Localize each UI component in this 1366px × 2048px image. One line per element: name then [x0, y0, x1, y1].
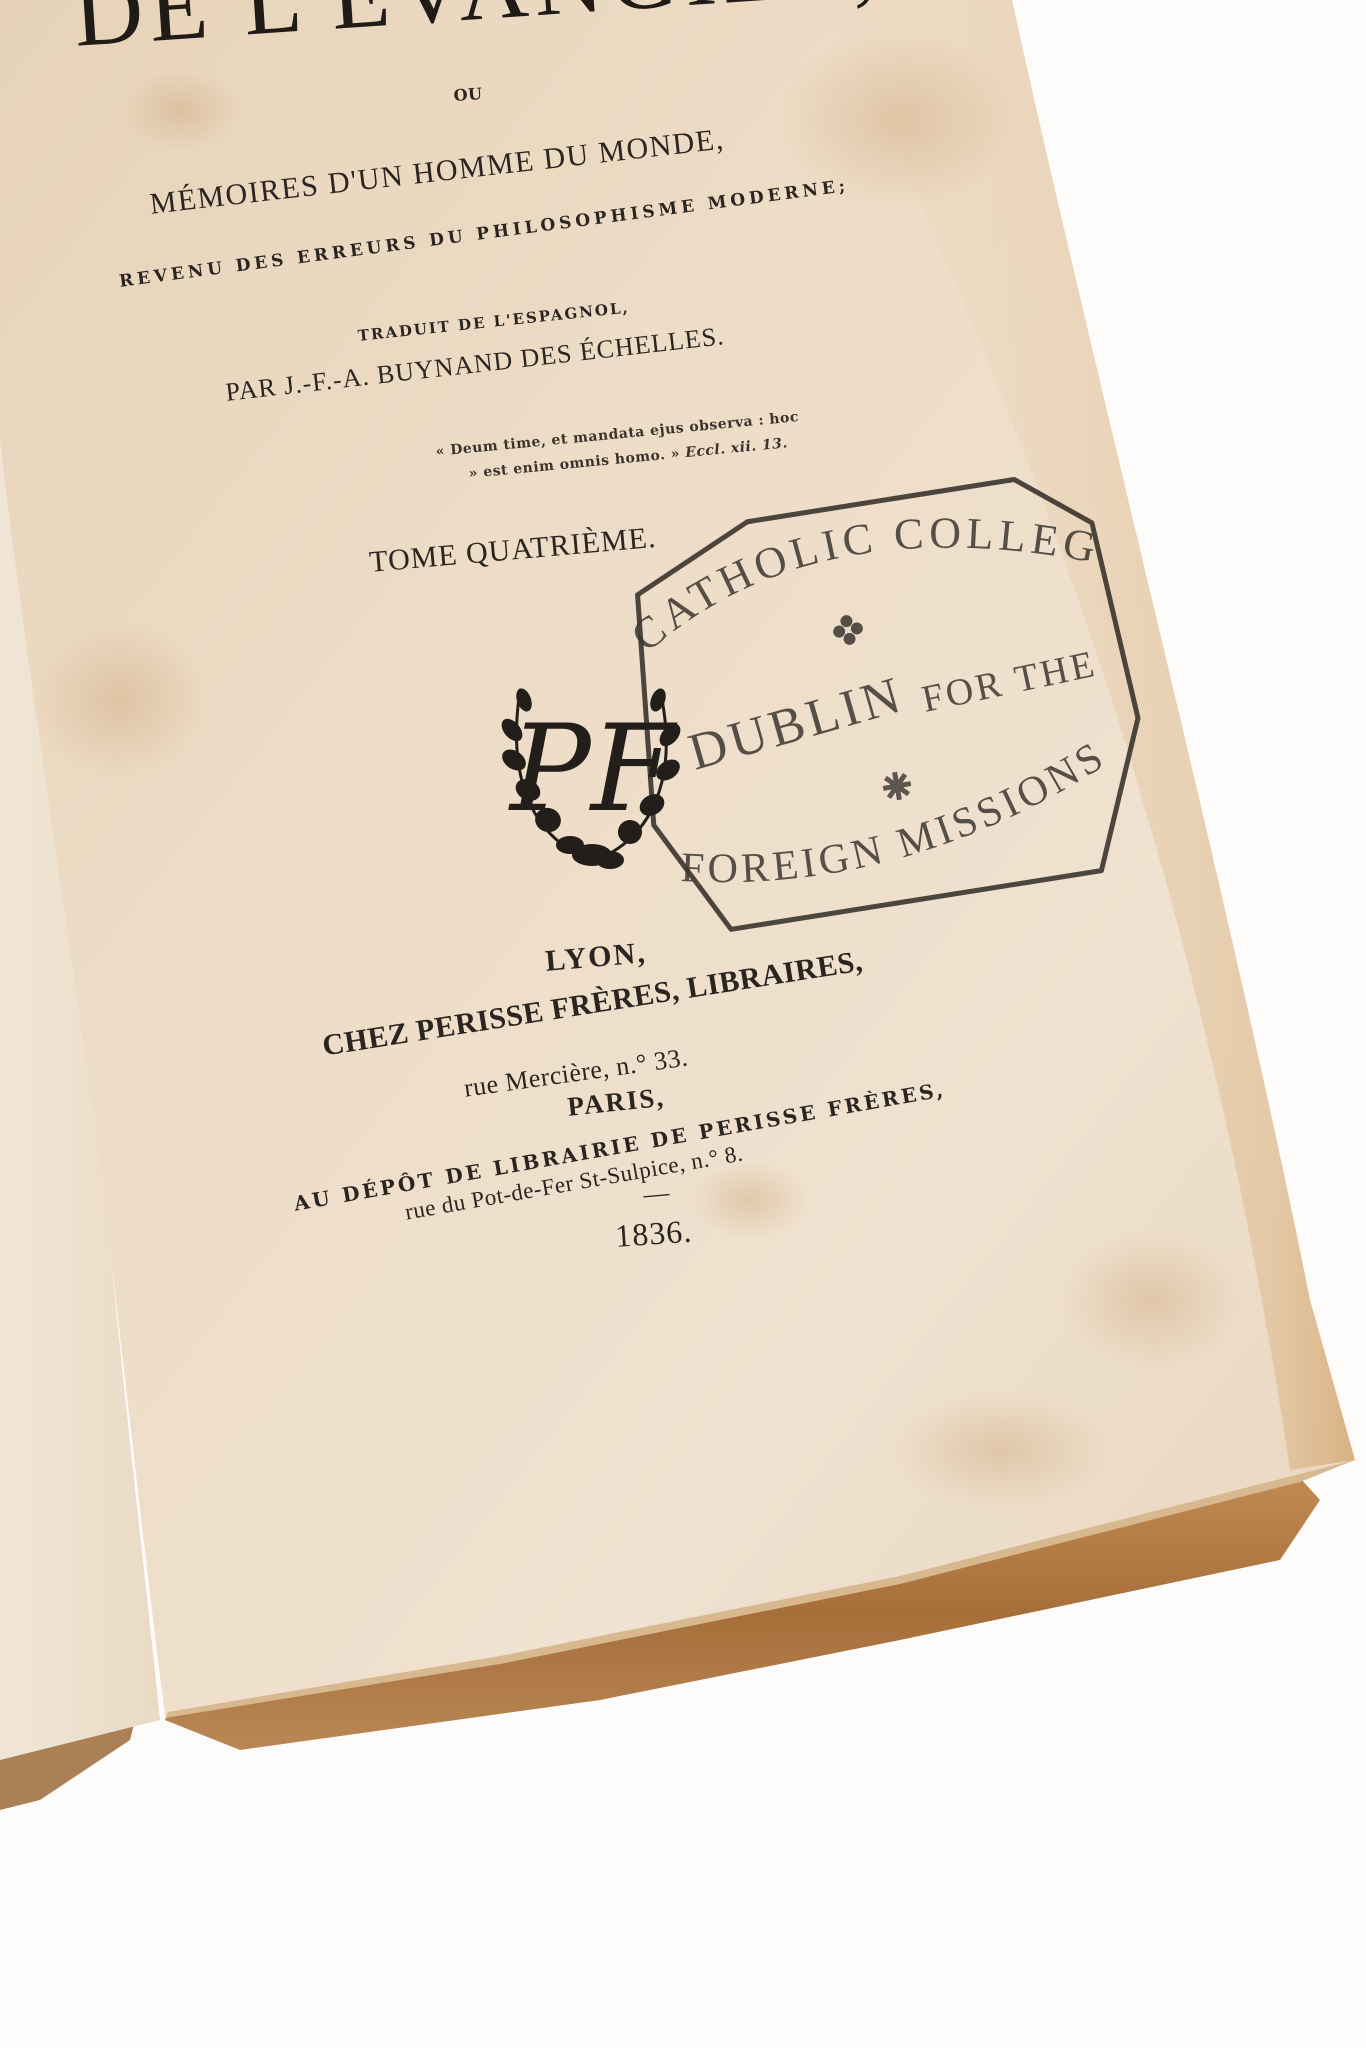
- stamp-text-layer: CATHOLIC COLLEGE FOREIGN MISSIONS DUBLIN…: [0, 0, 1366, 2048]
- wreath-monogram-icon: PF: [480, 660, 710, 880]
- quatrefoil-ornament-icon: [831, 613, 866, 648]
- stamp-line1: CATHOLIC COLLEGE: [0, 0, 1104, 661]
- monogram: PF: [508, 700, 678, 839]
- book-photo: CATHOLIC COLLEGE FOREIGN MISSIONS DUBLIN…: [0, 0, 1366, 2048]
- cross-ornament-icon: [881, 770, 913, 802]
- stamp-line2: DUBLIN: [683, 666, 911, 782]
- stamp-line3: FOR THE: [918, 643, 1100, 721]
